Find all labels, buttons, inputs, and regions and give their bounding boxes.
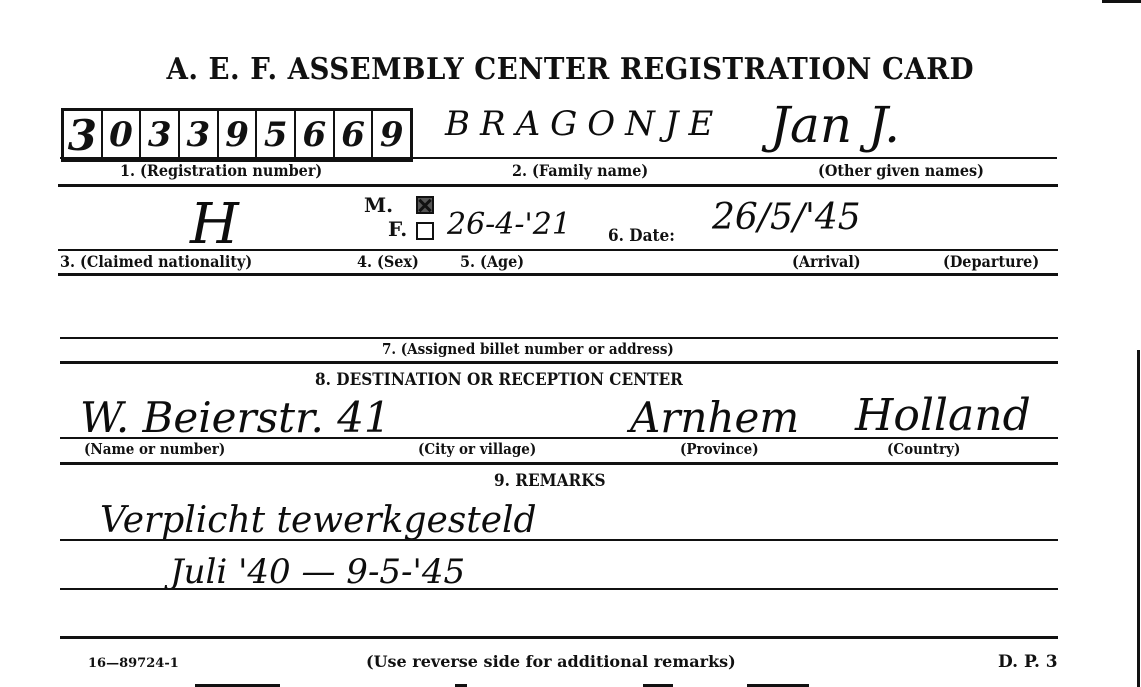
reg-digit: 5 [257,111,296,159]
sex-m-label: M. [364,193,393,217]
divider [58,184,1058,187]
form-number: 16—89724-1 [88,656,179,671]
page-edge-right [1137,350,1140,687]
destination-city-label: (City or village) [418,440,536,458]
card-title: A. E. F. ASSEMBLY CENTER REGISTRATION CA… [45,52,1095,87]
destination-heading: 8. DESTINATION OR RECEPTION CENTER [315,370,683,390]
divider [60,157,1057,159]
given-names-label: (Other given names) [818,161,984,180]
arrival-label: (Arrival) [792,252,861,271]
divider [60,636,1058,639]
age-value: 26-4-'21 [447,207,571,242]
nationality-value: H [190,192,239,257]
reg-digit: 3 [64,111,103,159]
reg-digit: 9 [373,111,410,159]
registration-number-label: 1. (Registration number) [120,161,322,180]
given-names-value: Jan J. [770,96,900,154]
sex-label: 4. (Sex) [357,252,419,271]
age-label: 5. (Age) [460,252,524,271]
destination-province-value: Arnhem [630,393,799,442]
divider [58,249,1058,251]
billet-label: 7. (Assigned billet number or address) [382,340,674,358]
reg-digit: 0 [103,111,142,159]
reg-digit: 9 [219,111,258,159]
reg-digit: 3 [180,111,219,159]
registration-number-box: 3 0 3 3 9 5 6 6 9 [61,108,413,162]
family-name-label: 2. (Family name) [512,161,648,180]
divider [60,462,1058,465]
destination-country-label: (Country) [887,440,960,458]
remarks-rule [60,588,1058,590]
destination-name-label: (Name or number) [84,440,225,458]
divider [60,361,1058,364]
divider [58,273,1058,276]
destination-name-value: W. Beierstr. 41 [80,393,391,442]
remarks-line-1: Verplicht tewerkgesteld [100,500,537,541]
sex-f-label: F. [388,217,407,241]
date-label: 6. Date: [608,226,675,246]
form-code: D. P. 3 [998,652,1058,672]
divider [60,337,1058,339]
reg-digit: 3 [141,111,180,159]
reg-digit: 6 [335,111,374,159]
remarks-heading: 9. REMARKS [494,471,606,491]
remarks-rule [60,539,1058,541]
destination-country-value: Holland [855,390,1031,441]
family-name-value: BRAGONJE [445,104,723,144]
destination-province-label: (Province) [680,440,759,458]
departure-label: (Departure) [943,252,1039,271]
page-edge-top [1102,0,1141,3]
sex-f-checkbox[interactable] [416,222,434,240]
sex-m-checkbox[interactable] [416,196,434,214]
footer-note: (Use reverse side for additional remarks… [366,652,736,671]
reg-digit: 6 [296,111,335,159]
arrival-date-value: 26/5/'45 [712,197,861,238]
remarks-line-2: Juli '40 — 9-5-'45 [170,552,465,592]
divider [60,437,1058,439]
nationality-label: 3. (Claimed nationality) [60,252,252,271]
